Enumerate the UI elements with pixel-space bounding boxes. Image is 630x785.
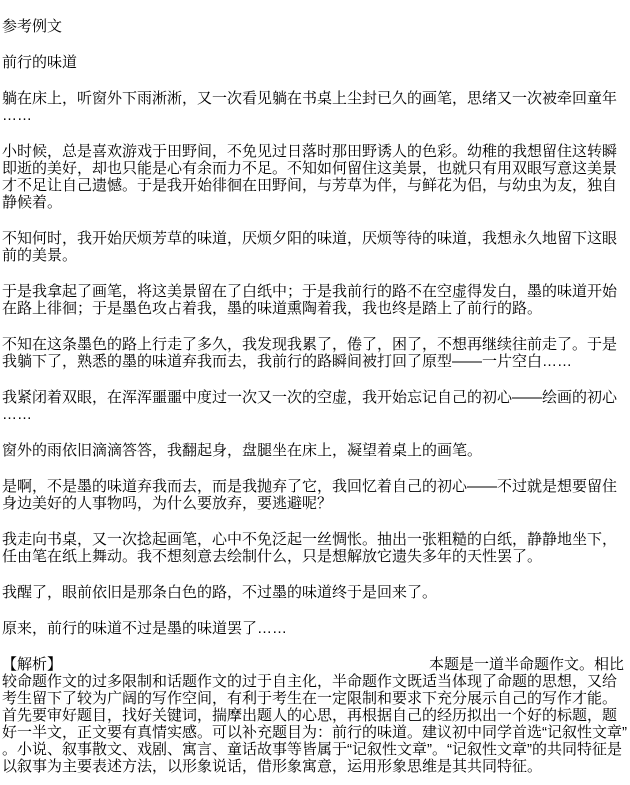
essay-paragraph: 躺在床上，听窗外下雨淅淅，又一次看见躺在书桌上尘封已久的画笔，思绪又一次被牵回童… [2, 90, 629, 124]
essay-paragraph: 窗外的雨依旧滴滴答答，我翻起身，盘腿坐在床上，凝望着桌上的画笔。 [2, 442, 629, 459]
essay-paragraph: 我醒了，眼前依旧是那条白色的路，不过墨的味道终于是回来了。 [2, 584, 629, 601]
document-page: 参考例文 前行的味道 躺在床上，听窗外下雨淅淅，又一次看见躺在书桌上尘封已久的画… [0, 0, 630, 785]
analysis-label-gap [62, 668, 429, 669]
essay-paragraph: 我紧闭着双眼，在浑浑噩噩中度过一次又一次的空虚，我开始忘记自己的初心——绘画的初… [2, 389, 629, 423]
essay-paragraph: 我走向书桌，又一次捻起画笔，心中不免泛起一丝惆怅。抽出一张粗糙的白纸，静静地坐下… [2, 531, 629, 565]
analysis-label: 【解析】 [2, 656, 62, 673]
essay-title: 前行的味道 [2, 54, 629, 71]
section-label: 参考例文 [2, 18, 629, 35]
analysis-text: 本题是一道半命题作文。相比较命题作文的过多限制和话题作文的过于自主化，半命题作文… [2, 656, 627, 775]
essay-paragraph: 不知在这条墨色的路上行走了多久，我发现我累了，倦了，困了，不想再继续往前走了。于… [2, 336, 629, 370]
analysis-paragraph: 【解析】本题是一道半命题作文。相比较命题作文的过多限制和话题作文的过于自主化，半… [2, 656, 629, 775]
essay-paragraph: 小时候，总是喜欢游戏于田野间，不免见过日落时那田野诱人的色彩。幼稚的我想留住这转… [2, 143, 629, 211]
essay-paragraph: 不知何时，我开始厌烦芳草的味道，厌烦夕阳的味道，厌烦等待的味道，我想永久地留下这… [2, 230, 629, 264]
essay-paragraph: 原来，前行的味道不过是墨的味道罢了…… [2, 620, 629, 637]
essay-paragraph: 于是我拿起了画笔，将这美景留在了白纸中；于是我前行的路不在空虚得发白，墨的味道开… [2, 283, 629, 317]
essay-paragraph: 是啊，不是墨的味道弃我而去，而是我抛弃了它，我回忆着自己的初心——不过就是想要留… [2, 478, 629, 512]
